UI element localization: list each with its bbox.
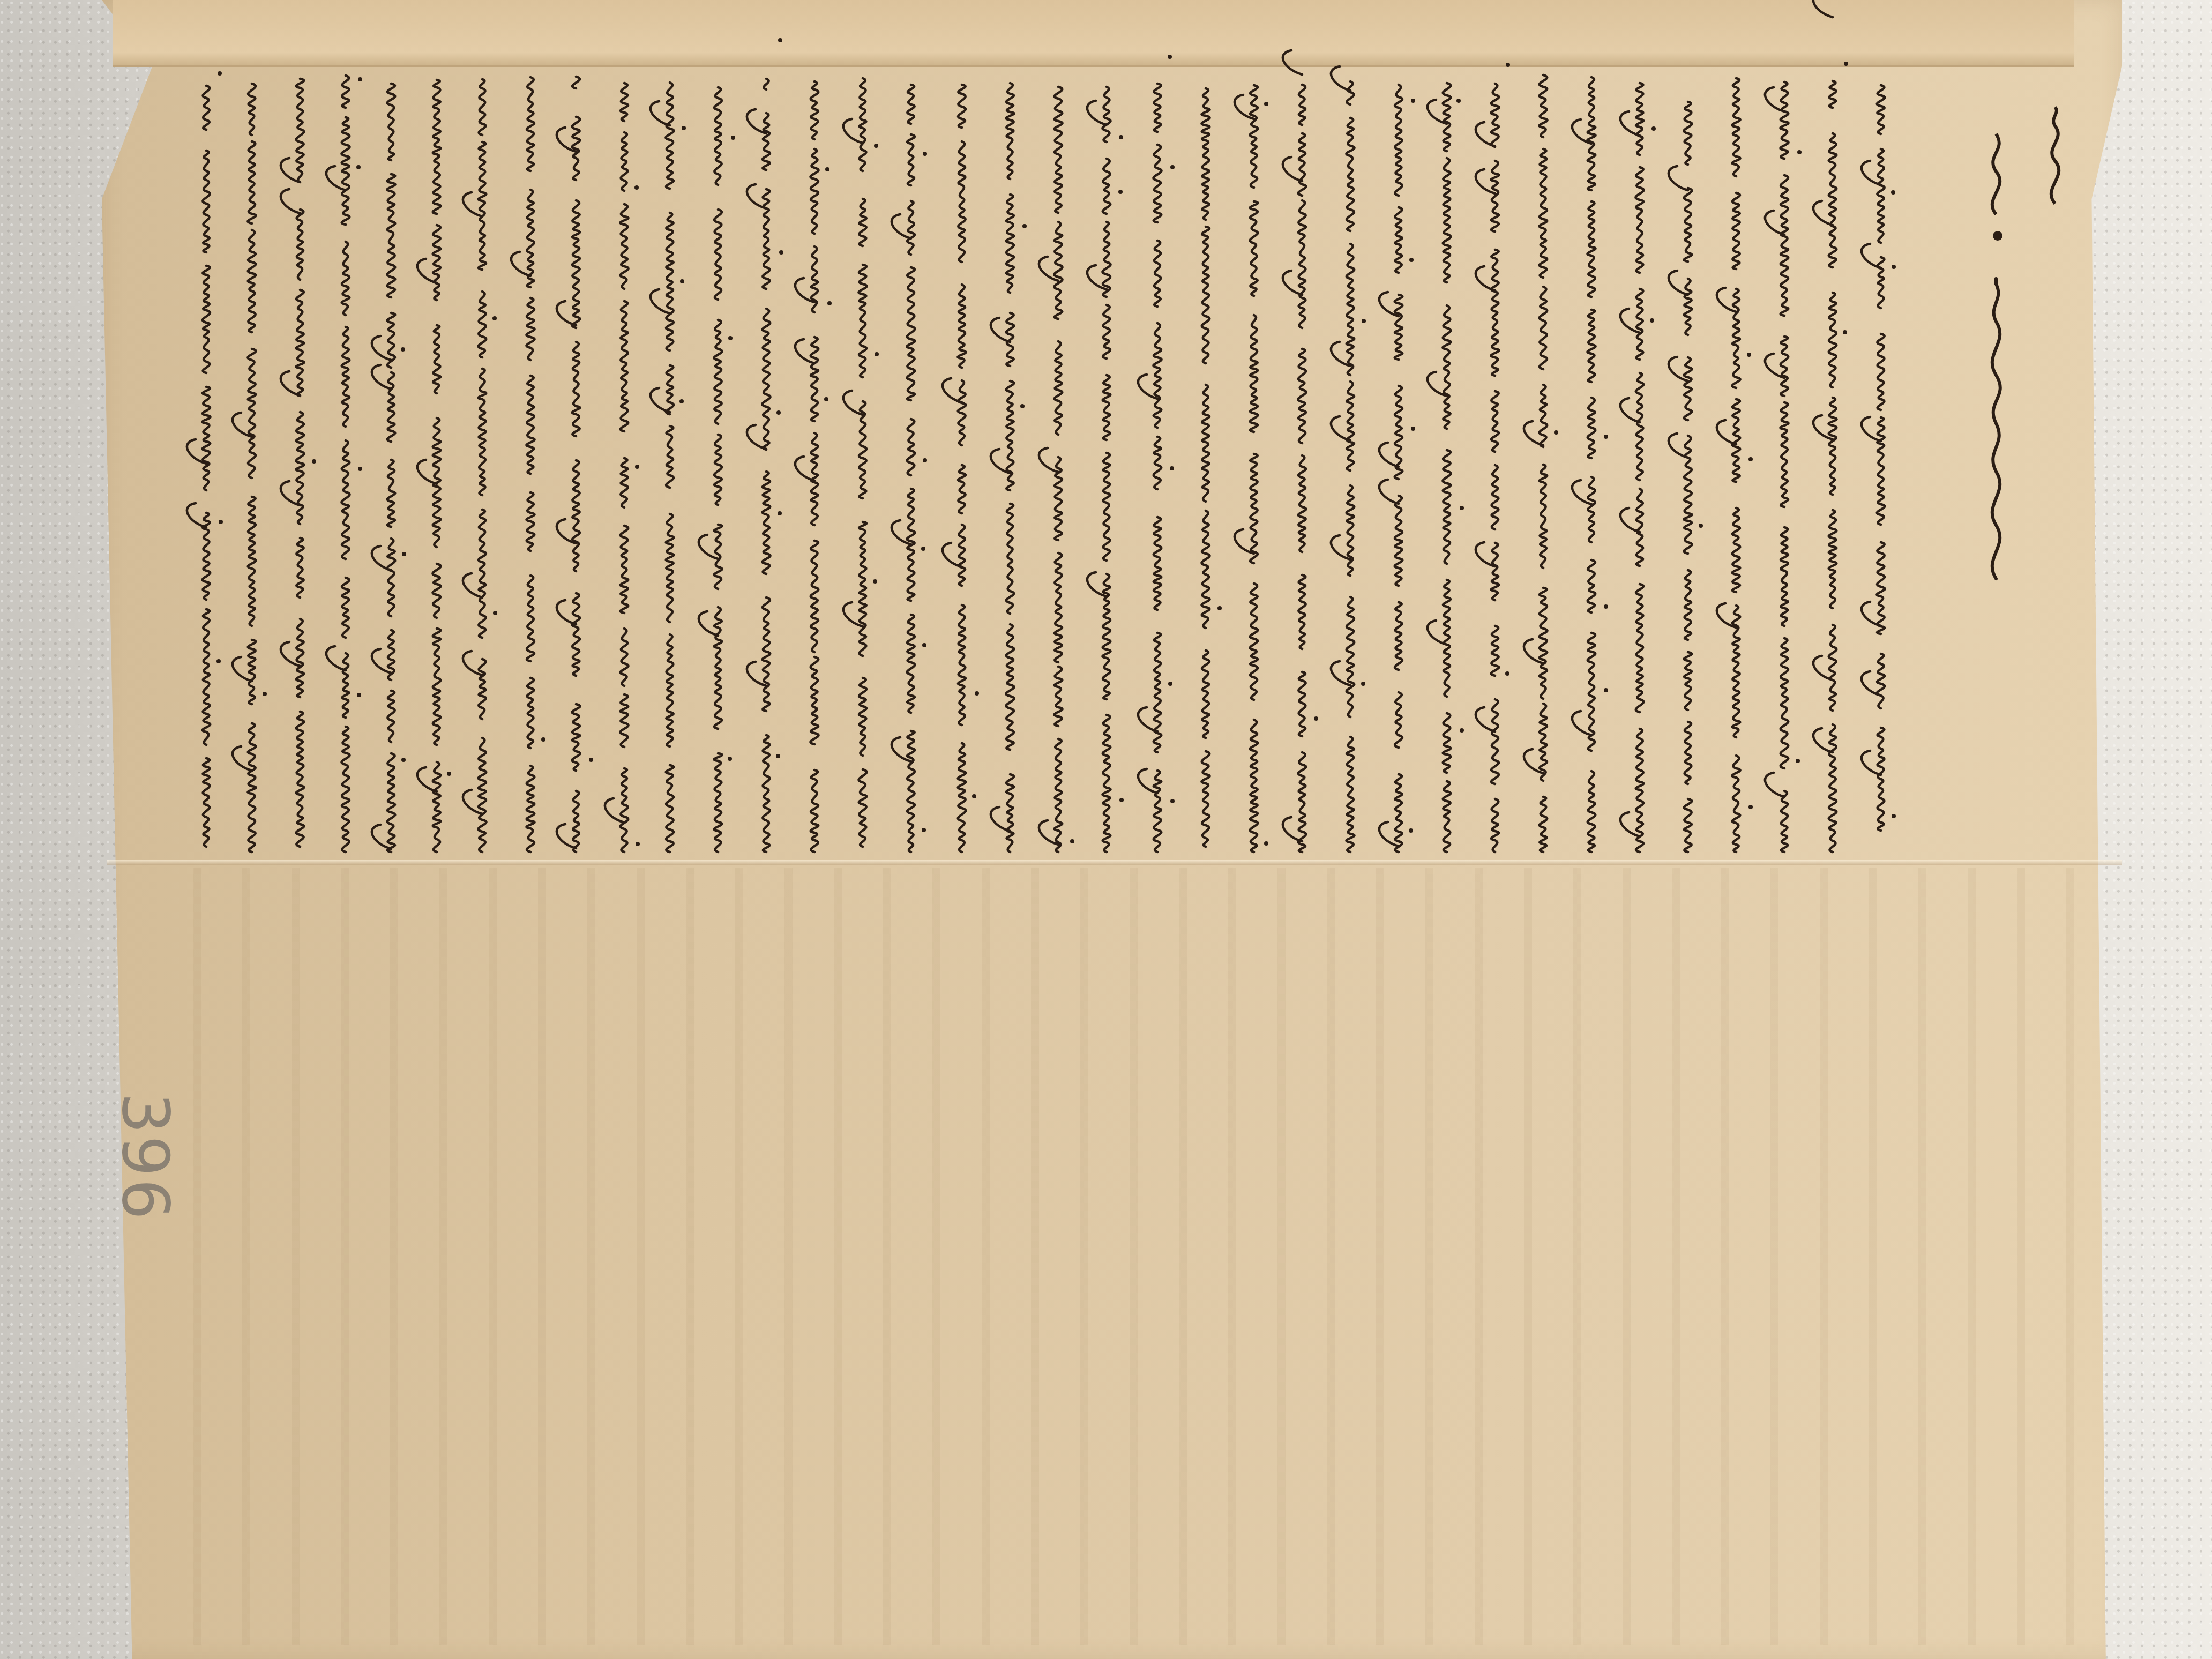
handwritten-line: [793, 75, 836, 857]
handwriting-stroke-icon: [415, 75, 458, 857]
handwritten-line: [1618, 75, 1661, 857]
handwritten-line: [415, 75, 458, 857]
handwritten-line: [185, 75, 228, 852]
handwriting-stroke-icon: [648, 75, 691, 857]
handwritten-line: [461, 75, 504, 857]
handwriting-stroke-icon: [1972, 75, 2020, 611]
handwriting-stroke-icon: [1281, 75, 1324, 857]
handwriting-stroke-icon: [509, 75, 552, 857]
handwriting-stroke-icon: [890, 75, 932, 857]
handwritten-line: [1667, 75, 1709, 857]
handwriting-stroke-icon: [279, 75, 322, 852]
handwriting-stroke-icon: [1667, 75, 1709, 857]
handwritten-line: [1136, 75, 1179, 857]
handwritten-line: [1425, 75, 1468, 857]
handwritten-line: [370, 75, 413, 857]
handwriting-stroke-icon: [1377, 75, 1420, 857]
handwritten-line: [1281, 75, 1324, 857]
handwriting-stroke-icon: [1425, 75, 1468, 857]
handwriting-stroke-icon: [940, 75, 983, 857]
handwritten-line: [1859, 75, 1902, 836]
closing-word: [2031, 96, 2079, 214]
handwritten-line: [279, 75, 322, 852]
handwriting-stroke-icon: [697, 75, 739, 857]
handwriting-stroke-icon: [603, 75, 646, 857]
handwriting-stroke-icon: [1474, 75, 1516, 857]
handwritten-line: [1184, 75, 1227, 852]
handwritten-line: [509, 75, 552, 857]
handwritten-line: [1085, 75, 1128, 857]
handwritten-line: [745, 75, 788, 857]
handwriting-stroke-icon: [1184, 75, 1227, 852]
handwritten-line: [697, 75, 739, 857]
handwritten-line: [648, 75, 691, 857]
handwritten-line: [1037, 75, 1080, 857]
handwritten-line: [890, 75, 932, 857]
handwritten-line: [230, 75, 273, 857]
handwritten-text-block: [0, 0, 2212, 1659]
handwriting-stroke-icon: [793, 75, 836, 857]
handwriting-stroke-icon: [1570, 75, 1613, 857]
handwritten-line: [1570, 75, 1613, 857]
handwriting-stroke-icon: [1037, 75, 1080, 857]
handwriting-stroke-icon: [745, 75, 788, 857]
closing-line: [1972, 75, 2020, 611]
handwriting-stroke-icon: [370, 75, 413, 857]
handwritten-line: [1474, 75, 1516, 857]
handwritten-line: [1232, 75, 1275, 857]
handwriting-stroke-icon: [1715, 75, 1758, 857]
handwriting-stroke-icon: [1859, 75, 1902, 836]
handwritten-line: [603, 75, 646, 857]
handwritten-line: [1811, 75, 1854, 857]
handwriting-stroke-icon: [1329, 75, 1372, 857]
handwriting-stroke-icon: [555, 75, 597, 857]
handwriting-stroke-icon: [1522, 75, 1565, 857]
handwriting-stroke-icon: [1763, 75, 1806, 857]
handwriting-stroke-icon: [841, 75, 884, 852]
handwritten-line: [555, 75, 597, 857]
handwriting-stroke-icon: [1618, 75, 1661, 857]
handwritten-line: [1715, 75, 1758, 857]
handwriting-stroke-icon: [185, 75, 228, 852]
handwritten-line: [1763, 75, 1806, 857]
handwriting-stroke-icon: [1085, 75, 1128, 857]
handwritten-line: [940, 75, 983, 857]
handwritten-line: [841, 75, 884, 852]
handwritten-line: [324, 75, 367, 857]
handwriting-stroke-icon: [324, 75, 367, 857]
handwriting-stroke-icon: [230, 75, 273, 857]
handwritten-line: [1522, 75, 1565, 857]
handwriting-stroke-icon: [989, 75, 1032, 857]
handwriting-stroke-icon: [1232, 75, 1275, 857]
handwriting-stroke-icon: [461, 75, 504, 857]
handwritten-line: [1329, 75, 1372, 857]
handwriting-stroke-icon: [2031, 96, 2079, 214]
handwritten-line: [989, 75, 1032, 857]
handwritten-line: [1377, 75, 1420, 857]
handwriting-stroke-icon: [1811, 75, 1854, 857]
handwriting-stroke-icon: [1136, 75, 1179, 857]
